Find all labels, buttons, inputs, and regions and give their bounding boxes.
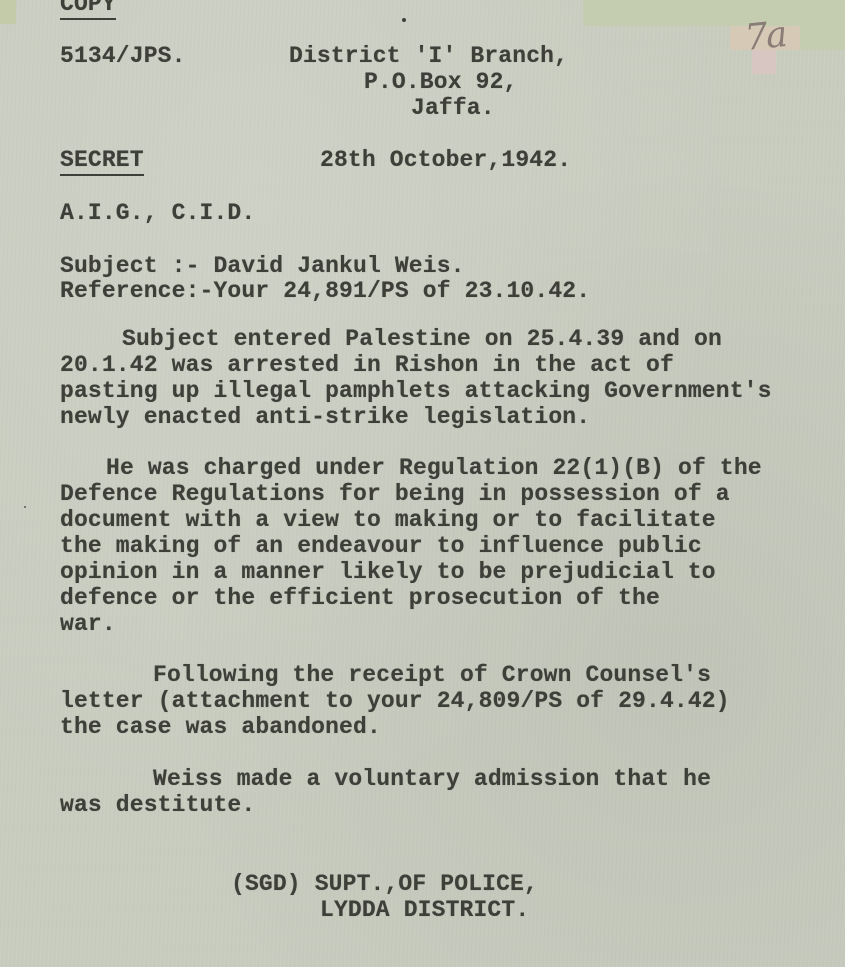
signature-line-1: (SGD) SUPT.,OF POLICE, [231,871,538,897]
classification-text: SECRET [60,147,144,176]
subject-line: Subject :- David Jankul Weis. [60,253,465,279]
paragraph-line: Defence Regulations for being in possess… [60,481,730,507]
archival-tape-strip [583,0,845,26]
paper-speck [24,506,26,508]
address-line-3: Jaffa. [411,95,495,121]
paragraph-line: was destitute. [60,792,255,818]
paragraph-line: war. [60,611,116,637]
signature-line-2: LYDDA DISTRICT. [320,897,529,923]
document-date: 28th October,1942. [320,147,571,173]
paragraph-line: opinion in a manner likely to be prejudi… [60,559,716,585]
reference-line: Reference:-Your 24,891/PS of 23.10.42. [60,278,590,304]
document-page: 7a COPY 5134/JPS. District 'I' Branch, P… [0,0,845,967]
handwritten-folio-number: 7a [743,14,787,59]
address-line-1: District 'I' Branch, [289,43,568,69]
copy-mark: COPY [60,0,116,17]
paragraph-line: He was charged under Regulation 22(1)(B)… [106,455,762,481]
paragraph-line: Following the receipt of Crown Counsel's [153,662,711,688]
paragraph-line: Subject entered Palestine on 25.4.39 and… [122,326,722,352]
paragraph-line: the case was abandoned. [60,714,381,740]
archival-tape-strip-extension [800,26,845,50]
paragraph-line: document with a view to making or to fac… [60,507,716,533]
address-line-2: P.O.Box 92, [364,69,517,95]
typewriter-dot-mark [402,18,406,22]
copy-mark-text: COPY [60,0,116,20]
paragraph-line: defence or the efficient prosecution of … [60,585,660,611]
file-reference: 5134/JPS. [60,43,186,69]
recipient: A.I.G., C.I.D. [60,200,255,226]
paragraph-line: 20.1.42 was arrested in Rishon in the ac… [60,352,674,378]
paragraph-line: letter (attachment to your 24,809/PS of … [60,688,730,714]
classification: SECRET [60,147,144,173]
paragraph-line: newly enacted anti-strike legislation. [60,404,590,430]
paragraph-line: the making of an endeavour to influence … [60,533,702,559]
archival-tape-corner [0,0,16,24]
paragraph-line: pasting up illegal pamphlets attacking G… [60,378,772,404]
paragraph-line: Weiss made a voluntary admission that he [153,766,711,792]
